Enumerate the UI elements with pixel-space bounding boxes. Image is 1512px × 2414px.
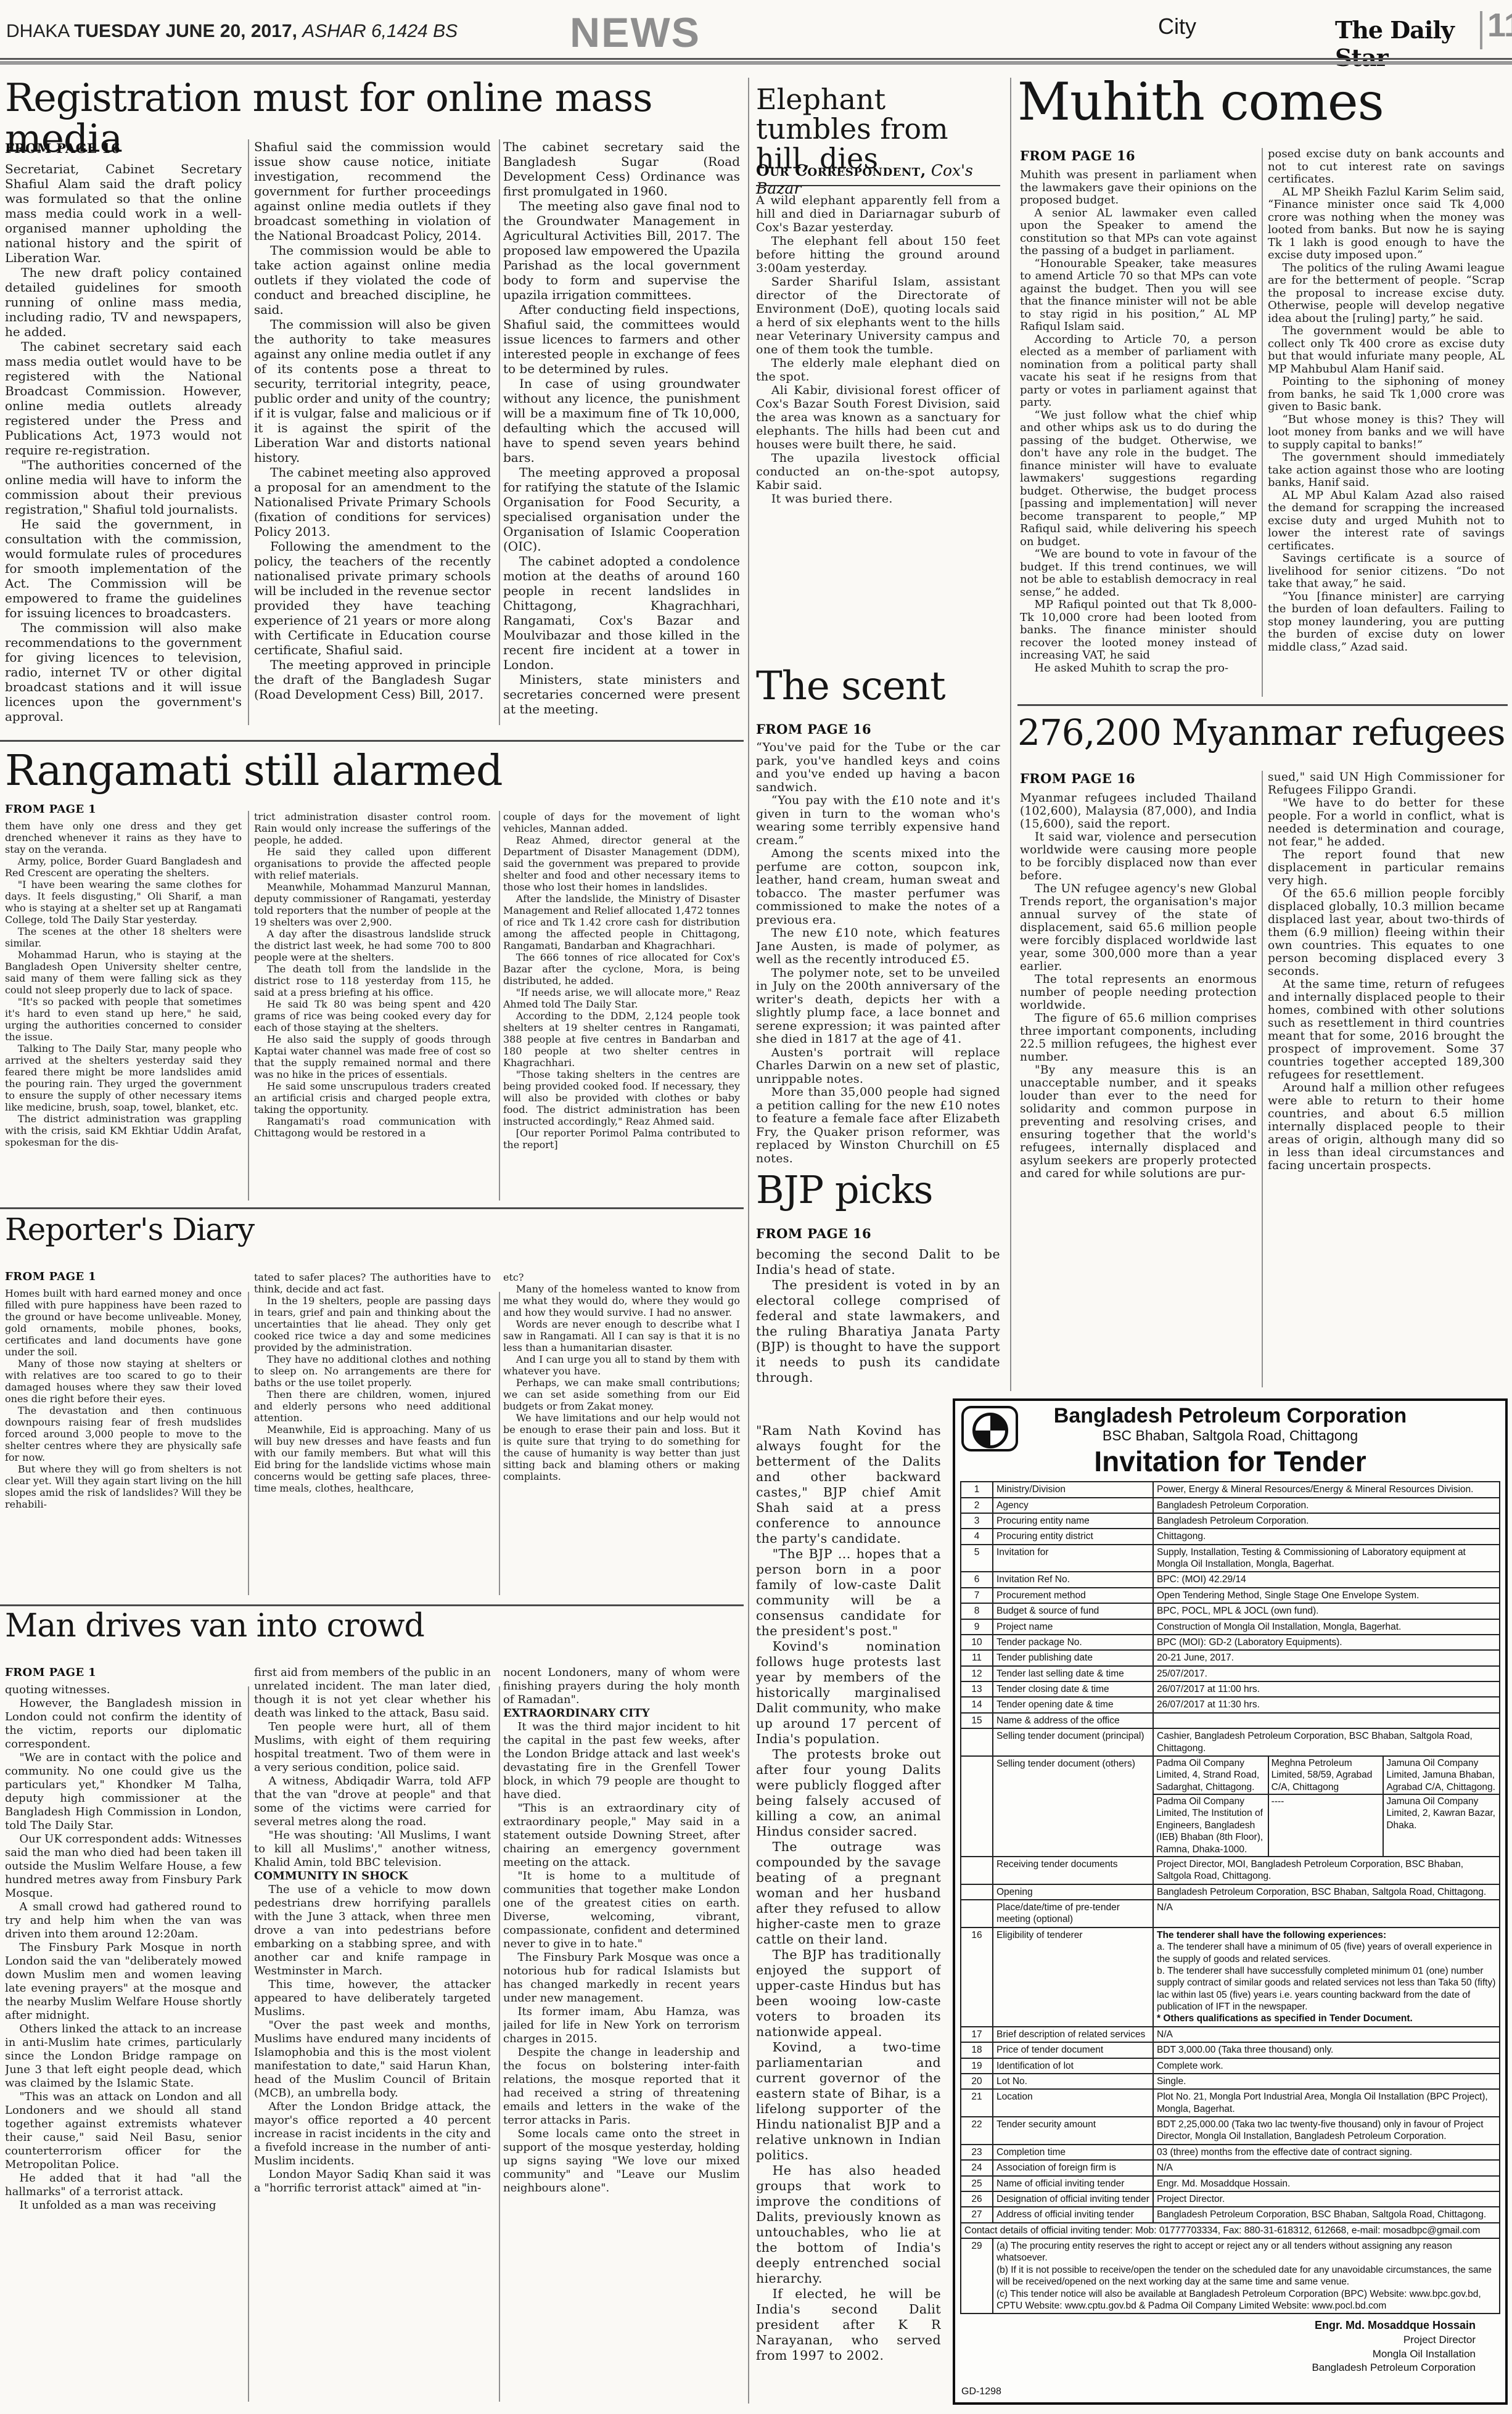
tender-cell: Tender publishing date <box>993 1650 1153 1665</box>
tender-cell <box>1153 1713 1500 1728</box>
paragraph: If elected, he will be India's second Da… <box>756 2286 941 2363</box>
paragraph: Of the 65.6 million people forcibly disp… <box>1268 887 1505 978</box>
tender-cell: Name of official inviting tender <box>993 2176 1153 2191</box>
tender-row: 26Designation of official inviting tende… <box>961 2191 1500 2207</box>
tender-row: 18Price of tender documentBDT 3,000.00 (… <box>961 2042 1500 2058</box>
paragraph: The cabinet adopted a condolence motion … <box>503 554 740 672</box>
paragraph: Kovind, a two-time parliamentarian and c… <box>756 2040 941 2163</box>
tender-cell: Address of official inviting tender <box>993 2207 1153 2222</box>
paragraph: The report found that new displacement i… <box>1268 848 1505 887</box>
paragraph: The meeting approved in principle the dr… <box>254 657 491 702</box>
tender-cell: Brief description of related services <box>993 2027 1153 2042</box>
paragraph: In the 19 shelters, people are passing d… <box>254 1295 491 1353</box>
paragraph: Rangamati's road communication with Chit… <box>254 1115 491 1139</box>
paragraph: The commission will also make recommenda… <box>5 620 242 724</box>
paragraph: At the same time, return of refugees and… <box>1268 978 1505 1082</box>
tender-cell: (a) The procuring entity reserves the ri… <box>993 2238 1500 2313</box>
tender-cell: Power, Energy & Mineral Resources/Energy… <box>1153 1482 1500 1497</box>
ad-code: GD-1298 <box>961 2386 1001 2397</box>
dateline-city: DHAKA <box>6 21 69 41</box>
muhith-col-2: posed excise duty on bank accounts and n… <box>1268 148 1505 697</box>
paragraph: Many of the homeless wanted to know from… <box>503 1283 740 1318</box>
registration-col-1: Secretariat, Cabinet Secretary Shafiul A… <box>5 162 242 726</box>
van-kicker: FROM PAGE 1 <box>5 1666 96 1679</box>
tender-cell: Project name <box>993 1619 1153 1635</box>
paragraph: etc? <box>503 1271 740 1283</box>
paragraph: sued," said UN High Commissioner for Ref… <box>1268 771 1505 797</box>
paragraph: nocent Londoners, many of whom were fini… <box>503 1666 740 1707</box>
paragraph: The meeting also gave final nod to the G… <box>503 199 740 302</box>
column-rule <box>499 1686 500 2402</box>
tender-cell: 23 <box>961 2145 993 2160</box>
paragraph: He said Tk 80 was being spent and 420 gr… <box>254 998 491 1033</box>
tender-cell: Bangladesh Petroleum Corporation, BSC Bh… <box>1153 1884 1500 1900</box>
tender-cell: 17 <box>961 2027 993 2042</box>
bjp-kicker: FROM PAGE 16 <box>756 1226 871 1241</box>
paragraph: Words are never enough to describe what … <box>503 1318 740 1353</box>
paragraph: "Over the past week and months, Muslims … <box>254 2019 491 2100</box>
paragraph: "If needs arise, we will allocate more,"… <box>503 987 740 1010</box>
tender-cell: Contact details of official inviting ten… <box>961 2223 1500 2238</box>
tender-row: 27Address of official inviting tenderBan… <box>961 2207 1500 2222</box>
tender-cell: 26 <box>961 2191 993 2207</box>
section-rule <box>1017 704 1508 706</box>
tender-cell: Complete work. <box>1153 2058 1500 2074</box>
bpc-logo-icon <box>961 1406 1018 1451</box>
tender-row: 1Ministry/DivisionPower, Energy & Minera… <box>961 1482 1500 1497</box>
paragraph: The district administration was grapplin… <box>5 1113 242 1148</box>
paragraph: He asked Muhith to scrap the pro- <box>1020 662 1257 675</box>
tender-grid-cell: Padma Oil Company Limited, The Instituti… <box>1154 1795 1269 1856</box>
paragraph: Kovind's nomination follows huge protest… <box>756 1639 941 1747</box>
masthead-separator <box>1480 11 1482 49</box>
newspaper-page: DHAKA TUESDAY JUNE 20, 2017, ASHAR 6,142… <box>0 0 1512 2414</box>
paragraph: MP Rafiqul pointed out that Tk 8,000-Tk … <box>1020 599 1257 662</box>
paragraph: couple of days for the movement of light… <box>503 811 740 834</box>
tender-row: Place/date/time of pre-tender meeting (o… <box>961 1900 1500 1928</box>
divider-left-middle <box>748 78 749 2404</box>
tender-grid-cell: Meghna Petroleum Limited, 58/59, Agrabad… <box>1269 1757 1384 1794</box>
paragraph: first aid from members of the public in … <box>254 1666 491 1720</box>
tender-cell: BPC: (MOI) 42.29/14 <box>1153 1572 1500 1587</box>
paragraph: “We just follow what the chief whip and … <box>1020 409 1257 549</box>
column-rule <box>1262 771 1263 1387</box>
tender-eligibility-line: The tenderer shall have the following ex… <box>1157 1929 1496 1941</box>
paragraph: Mohammad Harun, who is staying at the Ba… <box>5 949 242 996</box>
tender-row: 24Association of foreign firm isN/A <box>961 2160 1500 2175</box>
paragraph: “You pay with the £10 note and it's give… <box>756 794 1000 847</box>
tender-cell: Bangladesh Petroleum Corporation, BSC Bh… <box>1153 2207 1500 2222</box>
tender-cell: Tender opening date & time <box>993 1697 1153 1712</box>
paragraph: Muhith was present in parliament when th… <box>1020 169 1257 207</box>
signatory-office: Mongla Oil Installation <box>960 2347 1476 2362</box>
paragraph: Austen's portrait will replace Charles D… <box>756 1046 1000 1086</box>
tender-row: 7Procurement methodOpen Tendering Method… <box>961 1588 1500 1603</box>
tender-row: 2AgencyBangladesh Petroleum Corporation. <box>961 1498 1500 1513</box>
tender-cell: N/A <box>1153 2027 1500 2042</box>
signatory-title: Project Director <box>960 2333 1476 2347</box>
paragraph: After the landslide, the Ministry of Dis… <box>503 893 740 951</box>
tender-cell: Tender last selling date & time <box>993 1666 1153 1681</box>
paragraph: "It is home to a multitude of communitie… <box>503 1870 740 1951</box>
paragraph: The total represents an enormous number … <box>1020 973 1257 1012</box>
tender-notice: Bangladesh Petroleum Corporation BSC Bha… <box>953 1398 1508 2405</box>
paragraph: The new £10 note, which features Jane Au… <box>756 927 1000 967</box>
paragraph: "He was shouting: 'All Muslims, I want t… <box>254 1829 491 1870</box>
tender-cell: Project Director. <box>1153 2191 1500 2207</box>
tender-cell: Ministry/Division <box>993 1482 1153 1497</box>
tender-row: 15Name & address of the office <box>961 1713 1500 1728</box>
dateline-date: TUESDAY JUNE 20, 2017, <box>74 21 297 41</box>
paragraph: trict administration disaster control ro… <box>254 811 491 846</box>
tender-cell: 20 <box>961 2074 993 2089</box>
tender-grid-cell: Jamuna Oil Company Limited, 2, Kawran Ba… <box>1384 1795 1499 1856</box>
tender-row: Contact details of official inviting ten… <box>961 2223 1500 2238</box>
paragraph: The politics of the ruling Awami league … <box>1268 262 1505 326</box>
tender-cell: Bangladesh Petroleum Corporation. <box>1153 1498 1500 1513</box>
tender-row: 4Procuring entity districtChittagong. <box>961 1529 1500 1544</box>
rangamati-col-3: couple of days for the movement of light… <box>503 811 740 1200</box>
tender-cell: 20-21 June, 2017. <box>1153 1650 1500 1665</box>
paragraph: The meeting approved a proposal for rati… <box>503 465 740 554</box>
paragraph: "We have to do better for these people. … <box>1268 797 1505 848</box>
paragraph: Our UK correspondent adds: Witnesses sai… <box>5 1833 242 1900</box>
myanmar-headline: 276,200 Myanmar refugees <box>1017 714 1511 751</box>
tender-cell: 6 <box>961 1572 993 1587</box>
paragraph: The devastation and then continuous down… <box>5 1405 242 1463</box>
tender-cell: Budget & source of fund <box>993 1603 1153 1619</box>
paragraph: A small crowd had gathered round to try … <box>5 1900 242 1941</box>
rangamati-col-2: trict administration disaster control ro… <box>254 811 491 1200</box>
paragraph: Shafiul said the commission would issue … <box>254 139 491 243</box>
rangamati-col-1: them have only one dress and they get dr… <box>5 820 242 1200</box>
section-rule <box>0 1207 744 1209</box>
tender-row: Selling tender document (others)Padma Oi… <box>961 1756 1500 1857</box>
tender-cell: Procuring entity district <box>993 1529 1153 1544</box>
tender-cell <box>961 1756 993 1857</box>
tender-row: 23Completion time03 (three) months from … <box>961 2145 1500 2160</box>
paragraph: The Finsbury Park Mosque in north London… <box>5 1941 242 2022</box>
tender-cell: 25 <box>961 2176 993 2191</box>
paragraph: The cabinet secretary said each mass med… <box>5 339 242 458</box>
tender-cell: 3 <box>961 1513 993 1529</box>
paragraph: The scenes at the other 18 shelters were… <box>5 926 242 949</box>
tender-address: BSC Bhaban, Saltgola Road, Chittagong <box>960 1427 1500 1445</box>
tender-cell: Invitation for <box>993 1545 1153 1572</box>
tender-cell: Project Director, MOI, Bangladesh Petrol… <box>1153 1857 1500 1884</box>
tender-cell: 2 <box>961 1498 993 1513</box>
tender-cell: 21 <box>961 2089 993 2117</box>
tender-cell: N/A <box>1153 2160 1500 2175</box>
paragraph: He said they called upon different organ… <box>254 846 491 881</box>
masthead-rule-2 <box>0 61 1512 65</box>
paragraph: Reaz Ahmed, director general at the Depa… <box>503 834 740 893</box>
paragraph: Its former imam, Abu Hamza, was jailed f… <box>503 2005 740 2046</box>
tender-cell: Open Tendering Method, Single Stage One … <box>1153 1588 1500 1603</box>
tender-cell: Cashier, Bangladesh Petroleum Corporatio… <box>1153 1728 1500 1756</box>
scent-kicker: FROM PAGE 16 <box>756 721 871 737</box>
paragraph: The polymer note, set to be unveiled in … <box>756 967 1000 1046</box>
tender-signature: Engr. Md. Mosaddque Hossain Project Dire… <box>960 2318 1500 2375</box>
dateline: DHAKA TUESDAY JUNE 20, 2017, ASHAR 6,142… <box>6 21 458 42</box>
diary-col-1: Homes built with hard earned money and o… <box>5 1287 242 1595</box>
paragraph: AL MP Abul Kalam Azad also raised the de… <box>1268 490 1505 553</box>
paragraph: Secretariat, Cabinet Secretary Shafiul A… <box>5 162 242 265</box>
section-rule <box>0 740 744 742</box>
paragraph: Meanwhile, Mohammad Manzurul Mannan, dep… <box>254 881 491 928</box>
tender-row: 17Brief description of related servicesN… <box>961 2027 1500 2042</box>
paragraph: "This was an attack on London and all Lo… <box>5 2090 242 2172</box>
tender-cell <box>961 1900 993 1928</box>
tender-cell: 03 (three) months from the effective dat… <box>1153 2145 1500 2160</box>
paragraph: Sarder Shariful Islam, assistant directo… <box>756 275 1000 356</box>
tender-cell <box>961 1728 993 1756</box>
paragraph: Pointing to the siphoning of money from … <box>1268 376 1505 414</box>
column-rule <box>248 139 249 725</box>
column-rule <box>499 139 500 725</box>
paragraph: Homes built with hard earned money and o… <box>5 1287 242 1358</box>
diary-kicker: FROM PAGE 1 <box>5 1270 96 1283</box>
tender-cell: 19 <box>961 2058 993 2074</box>
tender-note: (b) If it is not possible to receive/ope… <box>996 2264 1496 2288</box>
paragraph: Ministers, state ministers and secretari… <box>503 672 740 716</box>
divider-middle-right <box>1010 78 1011 1391</box>
tender-cell: Agency <box>993 1498 1153 1513</box>
tender-cell: BPC, POCL, MPL & JOCL (own fund). <box>1153 1603 1500 1619</box>
paragraph: "This is an extraordinary city of extrao… <box>503 1802 740 1870</box>
tender-title: Invitation for Tender <box>960 1445 1500 1479</box>
tender-cell: The tenderer shall have the following ex… <box>1153 1928 1500 2027</box>
tender-cell: Eligibility of tenderer <box>993 1928 1153 2027</box>
tender-cell: 7 <box>961 1588 993 1603</box>
tender-cell: Construction of Mongla Oil Installation,… <box>1153 1619 1500 1635</box>
paragraph: "Those taking shelters in the centres ar… <box>503 1069 740 1127</box>
paragraph: It unfolded as a man was receiving <box>5 2199 242 2212</box>
tender-row: 11Tender publishing date20-21 June, 2017… <box>961 1650 1500 1665</box>
elephant-byline: Our Correspondent, Cox's Bazar <box>756 162 1003 197</box>
paragraph: them have only one dress and they get dr… <box>5 820 242 855</box>
paragraph: Among the scents mixed into the perfume … <box>756 847 1000 927</box>
tender-cell: Chittagong. <box>1153 1529 1500 1544</box>
tender-cell: Receiving tender documents <box>993 1857 1153 1884</box>
tender-cell: BPC (MOI): GD-2 (Laboratory Equipments). <box>1153 1635 1500 1650</box>
paragraph: tated to safer places? The authorities h… <box>254 1271 491 1295</box>
tender-cell: Selling tender document (others) <box>993 1756 1153 1857</box>
paragraph: “We are bound to vote in favour of the b… <box>1020 548 1257 599</box>
bpc-logo-ring-icon <box>972 1413 1008 1448</box>
paragraph: Others linked the attack to an increase … <box>5 2022 242 2090</box>
paragraph: Around half a million other refugees wer… <box>1268 1082 1505 1172</box>
tender-cell: Bangladesh Petroleum Corporation. <box>1153 1513 1500 1529</box>
paragraph: Army, police, Border Guard Bangladesh an… <box>5 855 242 879</box>
van-col-2: first aid from members of the public in … <box>254 1666 491 2401</box>
tender-row: 3Procuring entity nameBangladesh Petrole… <box>961 1513 1500 1529</box>
paragraph: Talking to The Daily Star, many people w… <box>5 1043 242 1113</box>
tender-note: (a) The procuring entity reserves the ri… <box>996 2240 1496 2264</box>
tender-cell: 12 <box>961 1666 993 1681</box>
page-number: 11 <box>1487 6 1512 44</box>
tender-cell: 13 <box>961 1681 993 1697</box>
section-label: NEWS <box>543 9 728 57</box>
rangamati-kicker: FROM PAGE 1 <box>5 803 96 816</box>
van-headline: Man drives van into crowd <box>5 1609 560 1643</box>
paragraph: But where they will go from shelters is … <box>5 1463 242 1510</box>
tender-cell: Tender package No. <box>993 1635 1153 1650</box>
tender-cell: Procuring entity name <box>993 1513 1153 1529</box>
paragraph: Perhaps, we can make small contributions… <box>503 1377 740 1412</box>
tender-eligibility-line: b. The tenderer shall have successfully … <box>1157 1965 1496 2013</box>
tender-cell: Supply, Installation, Testing & Commissi… <box>1153 1545 1500 1572</box>
tender-cell: 18 <box>961 2042 993 2058</box>
paragraph: In case of using groundwater without any… <box>503 376 740 465</box>
tender-row: 13Tender closing date & time26/07/2017 a… <box>961 1681 1500 1697</box>
paragraph: Then there are children, women, injured … <box>254 1389 491 1424</box>
paragraph: London Mayor Sadiq Khan said it was a "h… <box>254 2168 491 2195</box>
column-rule <box>1262 148 1263 697</box>
signatory-name: Engr. Md. Mosaddque Hossain <box>960 2318 1476 2333</box>
myanmar-col-2: sued," said UN High Commissioner for Ref… <box>1268 771 1505 1387</box>
tender-table: 1Ministry/DivisionPower, Energy & Minera… <box>960 1481 1500 2314</box>
paragraph: "The BJP ... hopes that a person born in… <box>756 1546 941 1639</box>
paragraph: EXTRAORDINARY CITY <box>503 1707 740 1720</box>
tender-row: 10Tender package No.BPC (MOI): GD-2 (Lab… <box>961 1635 1500 1650</box>
tender-eligibility-line: * Others qualifications as specified in … <box>1157 2013 1496 2024</box>
paragraph: A day after the disastrous landslide str… <box>254 928 491 963</box>
paragraph: Many of those now staying at shelters or… <box>5 1358 242 1405</box>
tender-row: 16Eligibility of tendererThe tenderer sh… <box>961 1928 1500 2027</box>
section-rule <box>0 1604 744 1606</box>
paragraph: Myanmar refugees included Thailand (102,… <box>1020 792 1257 831</box>
paragraph: The cabinet secretary said the Banglades… <box>503 139 740 199</box>
tender-cell: Price of tender document <box>993 2042 1153 2058</box>
paragraph: According to Article 70, a person electe… <box>1020 334 1257 409</box>
signatory-org: Bangladesh Petroleum Corporation <box>960 2361 1476 2375</box>
paragraph: Despite the change in leadership and the… <box>503 2046 740 2127</box>
bjp-headline: BJP picks <box>756 1170 932 1210</box>
paragraph: “Honourable Speaker, take measures to am… <box>1020 258 1257 334</box>
paragraph: A witness, Abdiqadir Warra, told AFP tha… <box>254 1775 491 1829</box>
registration-col-2: Shafiul said the commission would issue … <box>254 139 491 726</box>
paragraph: It said war, violence and persecution wo… <box>1020 831 1257 882</box>
rangamati-headline: Rangamati still alarmed <box>5 750 622 794</box>
column-rule <box>499 811 500 1201</box>
column-rule <box>248 811 249 1201</box>
tender-cell: Completion time <box>993 2145 1153 2160</box>
diary-col-3: etc?Many of the homeless wanted to know … <box>503 1271 740 1595</box>
tender-cell: Selling tender document (principal) <box>993 1728 1153 1756</box>
paragraph: This time, however, the attacker appeare… <box>254 1978 491 2019</box>
paragraph: Savings certificate is a source of livel… <box>1268 552 1505 591</box>
paragraph: It was the third major incident to hit t… <box>503 1720 740 1802</box>
bjp-col-narrow: "Ram Nath Kovind has always fought for t… <box>756 1423 941 2401</box>
tender-cell: 15 <box>961 1713 993 1728</box>
tender-cell: BDT 3,000.00 (Taka three thousand) only. <box>1153 2042 1500 2058</box>
paragraph: The commission would be able to take act… <box>254 243 491 317</box>
paragraph: The protests broke out after four young … <box>756 1747 941 1839</box>
tender-cell: N/A <box>1153 1900 1500 1928</box>
paragraph: After conducting field inspections, Shaf… <box>503 302 740 376</box>
paragraph: A senior AL lawmaker even called upon th… <box>1020 207 1257 258</box>
tender-row: Selling tender document (principal)Cashi… <box>961 1728 1500 1756</box>
byline-correspondent: Our Correspondent, <box>756 162 926 179</box>
tender-row: 8Budget & source of fundBPC, POCL, MPL &… <box>961 1603 1500 1619</box>
tender-org: Bangladesh Petroleum Corporation <box>960 1405 1500 1427</box>
tender-row: 5Invitation forSupply, Installation, Tes… <box>961 1545 1500 1572</box>
tender-cell: Padma Oil Company Limited, 4, Strand Roa… <box>1153 1756 1500 1857</box>
muhith-col-1: Muhith was present in parliament when th… <box>1020 169 1257 697</box>
tender-cell: Association of foreign firm is <box>993 2160 1153 2175</box>
tender-cell <box>961 1857 993 1884</box>
diary-col-2: tated to safer places? The authorities h… <box>254 1271 491 1595</box>
muhith-kicker: FROM PAGE 16 <box>1020 148 1135 163</box>
tender-cell: Tender closing date & time <box>993 1681 1153 1697</box>
paragraph: The Finsbury Park Mosque was once a noto… <box>503 1951 740 2005</box>
van-col-1: quoting witnesses.However, the Banglades… <box>5 1683 242 2401</box>
paragraph: More than 35,000 people had signed a pet… <box>756 1086 1000 1165</box>
van-col-3: nocent Londoners, many of whom were fini… <box>503 1666 740 2401</box>
tender-cell: 9 <box>961 1619 993 1635</box>
paragraph: "The authorities concerned of the online… <box>5 458 242 517</box>
paragraph: The outrage was compounded by the savage… <box>756 1839 941 1947</box>
paragraph: “You've paid for the Tube or the car par… <box>756 741 1000 794</box>
paragraph: After the London Bridge attack, the mayo… <box>254 2100 491 2168</box>
paragraph: posed excise duty on bank accounts and n… <box>1268 148 1505 186</box>
paragraph: He also said the supply of goods through… <box>254 1033 491 1080</box>
paragraph: Ali Kabir, divisional forest officer of … <box>756 384 1000 451</box>
paragraph: "By any measure this is an unacceptable … <box>1020 1064 1257 1180</box>
tender-cell: 26/07/2017 at 11:30 hrs. <box>1153 1697 1500 1712</box>
paragraph: becoming the second Dalit to be India's … <box>756 1247 1000 1278</box>
paragraph: COMMUNITY IN SHOCK <box>254 1870 491 1883</box>
tender-cell: Engr. Md. Mosaddque Hossain. <box>1153 2176 1500 2191</box>
paragraph: However, the Bangladesh mission in Londo… <box>5 1697 242 1751</box>
paragraph: "I have been wearing the same clothes fo… <box>5 879 242 926</box>
paragraph: The BJP has traditionally enjoyed the su… <box>756 1947 941 2040</box>
tender-cell: 25/07/2017. <box>1153 1666 1500 1681</box>
tender-row: 21LocationPlot No. 21, Mongla Port Indus… <box>961 2089 1500 2117</box>
paragraph: According to the DDM, 2,124 people took … <box>503 1010 740 1069</box>
paragraph: The 666 tonnes of rice allocated for Cox… <box>503 951 740 987</box>
tender-cell: Procurement method <box>993 1588 1153 1603</box>
bjp-col-wide: becoming the second Dalit to be India's … <box>756 1247 1000 1423</box>
paragraph: Some locals came onto the street in supp… <box>503 2127 740 2195</box>
tender-cell: Name & address of the office <box>993 1713 1153 1728</box>
tender-cell: 26/07/2017 at 11:00 hrs. <box>1153 1681 1500 1697</box>
column-rule <box>248 1686 249 2402</box>
scent-col: “You've paid for the Tube or the car par… <box>756 741 1000 1167</box>
paragraph: They have no additional clothes and noth… <box>254 1353 491 1389</box>
paragraph: The elephant fell about 150 feet before … <box>756 234 1000 275</box>
paragraph: Ten people were hurt, all of them Muslim… <box>254 1720 491 1775</box>
tender-row: 6Invitation Ref No.BPC: (MOI) 42.29/14 <box>961 1572 1500 1587</box>
paragraph: "It's so packed with people that sometim… <box>5 996 242 1043</box>
paragraph: AL MP Sheikh Fazlul Karim Selim said, “F… <box>1268 186 1505 262</box>
tender-row: 25Name of official inviting tenderEngr. … <box>961 2176 1500 2191</box>
paragraph: Meanwhile, Eid is approaching. Many of u… <box>254 1424 491 1494</box>
byline-rule <box>756 185 1000 186</box>
tender-cell: 10 <box>961 1635 993 1650</box>
tender-cell: 29 <box>961 2238 993 2313</box>
paragraph: The upazila livestock official conducted… <box>756 451 1000 492</box>
tender-cell: 4 <box>961 1529 993 1544</box>
paragraph: He said the government, in consultation … <box>5 517 242 620</box>
masthead-rule <box>0 58 1512 60</box>
registration-col-3: The cabinet secretary said the Banglades… <box>503 139 740 726</box>
tender-row: 22Tender security amountBDT 2,25,000.00 … <box>961 2117 1500 2145</box>
paragraph: The government would be able to collect … <box>1268 325 1505 376</box>
paragraph: And I can urge you all to stand by them … <box>503 1353 740 1377</box>
paragraph: The death toll from the landslide in the… <box>254 963 491 998</box>
